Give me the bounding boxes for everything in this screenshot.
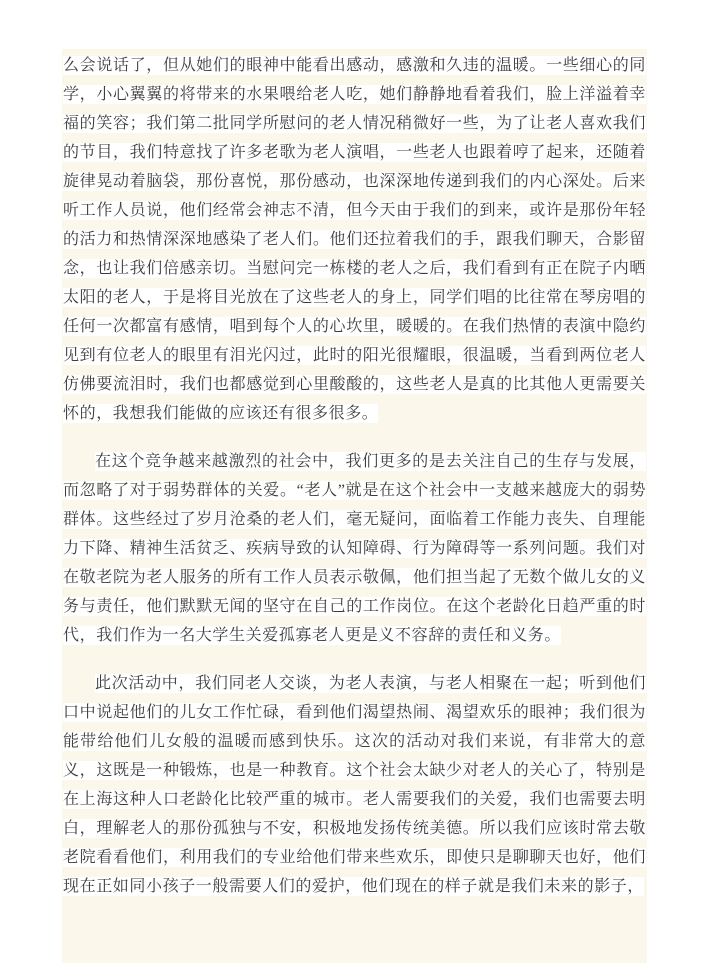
paragraph: 此次活动中，我们同老人交谈，为老人表演，与老人相聚在一起；听到他们口中说起他们的… bbox=[63, 669, 646, 901]
paragraph-text: 此次活动中，我们同老人交谈，为老人表演，与老人相聚在一起；听到他们口中说起他们的… bbox=[63, 674, 646, 896]
document-page: 么会说话了，但从她们的眼神中能看出感动，感激和久违的温暖。一些细心的同学，小心翼… bbox=[0, 0, 708, 969]
paragraph: 在这个竞争越来越激烈的社会中，我们更多的是去关注自己的生存与发展，而忽略了对于弱… bbox=[63, 447, 646, 650]
paragraph: 么会说话了，但从她们的眼神中能看出感动，感激和久违的温暖。一些细心的同学，小心翼… bbox=[63, 51, 646, 428]
paragraph-text: 在这个竞争越来越激烈的社会中，我们更多的是去关注自己的生存与发展，而忽略了对于弱… bbox=[63, 452, 646, 645]
paragraph-text: 么会说话了，但从她们的眼神中能看出感动，感激和久违的温暖。一些细心的同学，小心翼… bbox=[63, 56, 646, 423]
page-content: 么会说话了，但从她们的眼神中能看出感动，感激和久违的温暖。一些细心的同学，小心翼… bbox=[62, 49, 647, 963]
